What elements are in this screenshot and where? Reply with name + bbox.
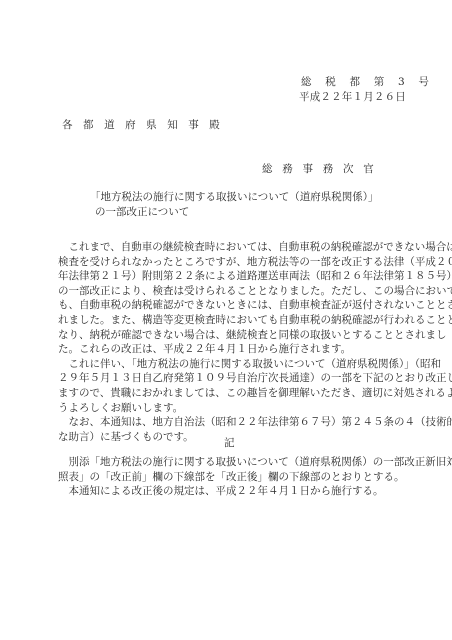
body-line: れました。また、構造等変更検査時においても自動車税の納税確認が行われることと: [58, 313, 406, 328]
body-line: 検査を受けられなかったところですが、地方税法等の一部を改正する法律（平成２０: [58, 255, 406, 270]
body-line: た。これらの改正は、平成２２年４月１日から施行されます。: [58, 342, 406, 357]
body-line: 年法律第２１号）附則第２２条による道路運送車両法（昭和２６年法律第１８５号）: [58, 269, 406, 284]
body-line: これまで、自動車の継続検査時においては、自動車税の納税確認ができない場合は: [58, 240, 406, 255]
sender: 総 務 事 務 次 官: [262, 161, 377, 176]
notes-section: 別添「地方税法の施行に関する取扱いについて（道府県税関係）の一部改正新旧対 照表…: [58, 455, 452, 499]
document-page: 総 税 都 第 3 号 平成２２年１月２６日 各 都 道 府 県 知 事 殿 総…: [0, 0, 452, 640]
note-line: 本通知による改正後の規定は、平成２２年４月１日から施行する。: [58, 484, 452, 499]
body-line: なお、本通知は、地方自治法（昭和２２年法律第６７号）第２４５条の４（技術的: [58, 415, 406, 430]
body-line: の一部改正により、検査は受けられることとなりました。ただし、この場合において: [58, 284, 406, 299]
body-line: なり、納税が確認できない場合は、継続検査と同様の取扱いとすることとされまし: [58, 328, 406, 343]
subject-line-1: 「地方税法の施行に関する取扱いについて（道府県税関係）」: [90, 190, 379, 205]
subject-title: 「地方税法の施行に関する取扱いについて（道府県税関係）」 の一部改正について: [95, 190, 379, 220]
body-line: ２９年５月１３日自乙府発第１０９号自治庁次長通達）の一部を下記のとおり改正し: [58, 371, 406, 386]
note-line: 照表」の「改正前」欄の下線部を「改正後」欄の下線部のとおりとする。: [58, 470, 452, 485]
body-line: も、自動車税の納税確認ができないときには、自動車検査証が返付されないこととさ: [58, 298, 406, 313]
document-date: 平成２２年１月２６日: [299, 89, 406, 104]
body-line: これに伴い、「地方税法の施行に関する取扱いについて（道府県税関係）」（昭和: [58, 357, 406, 372]
document-number: 総 税 都 第 3 号: [301, 74, 434, 89]
addressee: 各 都 道 府 県 知 事 殿: [62, 117, 223, 132]
body-line: ますので、貴職におかれましては、この趣旨を御理解いただき、適切に対処されるよ: [58, 386, 406, 401]
body-line: うよろしくお願いします。: [58, 401, 406, 416]
body-text: これまで、自動車の継続検査時においては、自動車税の納税確認ができない場合は 検査…: [58, 240, 406, 444]
ki-heading: 記: [224, 435, 235, 450]
note-line: 別添「地方税法の施行に関する取扱いについて（道府県税関係）の一部改正新旧対: [58, 455, 452, 470]
subject-line-2: の一部改正について: [95, 205, 379, 220]
